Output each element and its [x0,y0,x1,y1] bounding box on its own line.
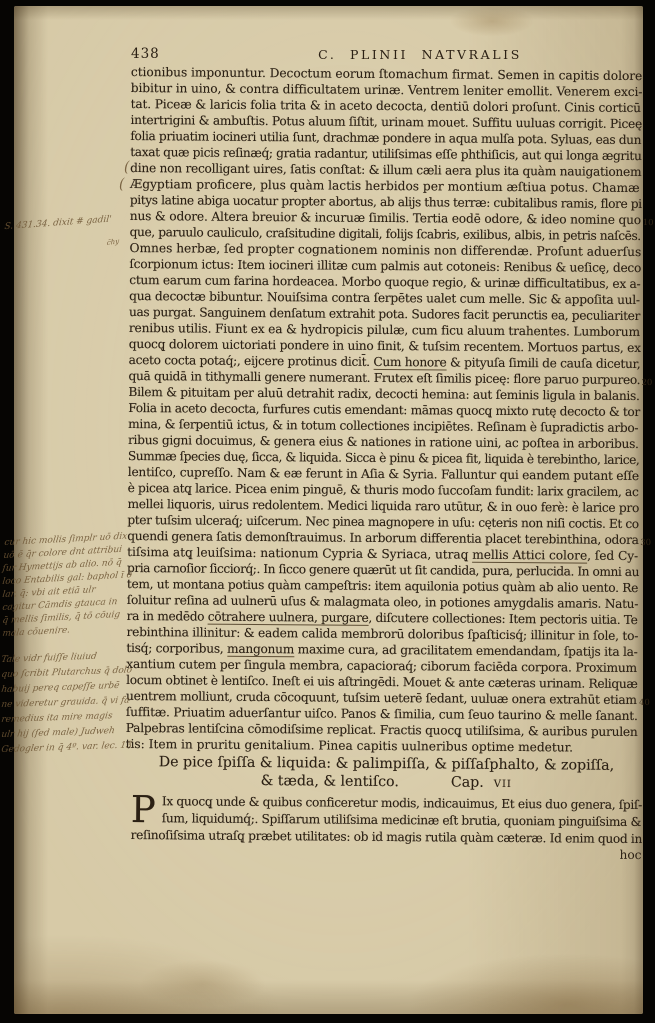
body-text: ctionibus imponuntur. Decoctum eorum ſto… [126,64,642,756]
drop-cap: P [131,794,156,826]
book-page-scan: 438 C. PLINII NATVRALIS ctionibus imponu… [0,0,655,1023]
chapter-paragraph: P Ix quocq̨ unde & quibus conficeretur m… [130,793,642,864]
printed-page: 438 C. PLINII NATVRALIS ctionibus imponu… [14,6,643,1014]
folio-number: 438 [131,46,160,62]
chapter-heading: De pice ſpiſſa & liquida: & palimpiſſa, … [131,754,642,793]
chapter-heading-line2-text: & tæda, & lentiſco. [261,773,399,792]
chapter-cap-label: Cap. [451,774,484,792]
catchword: hoc [130,843,641,864]
chapter-cap-number: vii [494,774,512,792]
text-line: tis: Item in pruritu genitalium. Pinea c… [126,736,637,756]
body-text-lines: ctionibus imponuntur. Decoctum eorum ſto… [126,64,642,756]
running-head: C. PLINII NATVRALIS [318,47,522,62]
print-line-number: 20 [641,378,652,388]
print-line-number: 30 [640,538,651,548]
print-line-number: 40 [639,698,650,708]
chapter-text-lines: Ix quocq̨ unde & quibus conficeretur mod… [131,793,642,847]
print-line-number: 10 [643,218,654,228]
